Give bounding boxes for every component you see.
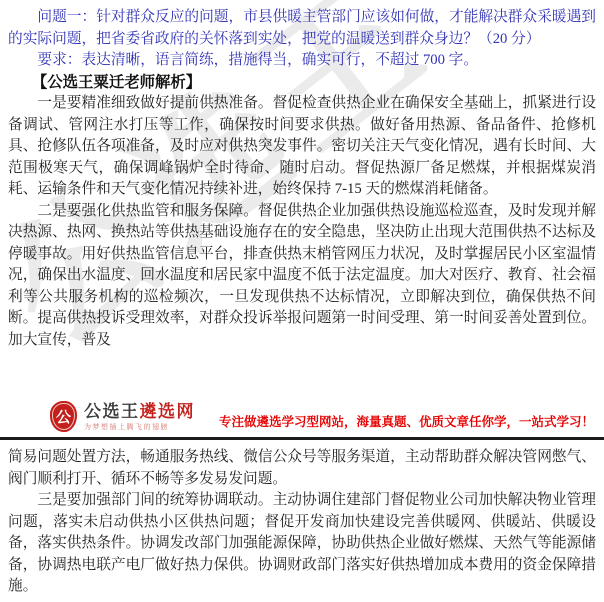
brand-name: 公选王遴选网 bbox=[84, 402, 195, 421]
page-break-gap bbox=[0, 351, 604, 398]
site-slogan: 专注做遴选学习型网站，海量真题、优质文章任你学，一站式学习！ bbox=[219, 412, 594, 432]
paragraph-two: 二是要强化供热监管和服务保障。督促供热企业加强供热设施巡检巡查，及时发现并解决热… bbox=[8, 201, 596, 352]
analysis-title: 【公选王粟迁老师解析】 bbox=[8, 72, 596, 94]
gongxuanwang-logo-icon: 公 bbox=[50, 401, 77, 432]
site-header: 公 公选王遴选网 为梦想插上腾飞的翅膀 专注做遴选学习型网站，海量真题、优质文章… bbox=[0, 398, 604, 440]
document-body-page1: 问题一：针对群众反应的问题，市县供暖主管部门应该如何做，才能解决群众采暖遇到的实… bbox=[0, 0, 604, 351]
paragraph-one: 一是要精准细致做好提前供热准备。督促检查供热企业在确保安全基础上，抓紧进行设备调… bbox=[8, 93, 596, 201]
document-page: 公选王 问题一：针对群众反应的问题，市县供暖主管部门应该如何做，才能解决群众采暖… bbox=[0, 0, 604, 602]
brand-name-dark: 公选王 bbox=[84, 402, 140, 421]
logo-glyph: 公 bbox=[56, 406, 71, 427]
brand-tagline: 为梦想插上腾飞的翅膀 bbox=[84, 423, 195, 431]
brand-text-block: 公选王遴选网 为梦想插上腾飞的翅膀 bbox=[84, 402, 195, 431]
continuation-paragraph: 简易问题处置方法，畅通服务热线、微信公众号等服务渠道，主动帮助群众解决管网憋气、… bbox=[8, 447, 596, 490]
paragraph-three: 三是要加强部门间的统筹协调联动。主动协调住建部门督促物业公司加快解决物业管理问题… bbox=[8, 490, 596, 598]
question-text: 问题一：针对群众反应的问题，市县供暖主管部门应该如何做，才能解决群众采暖遇到的实… bbox=[8, 7, 596, 50]
brand-block: 公 公选王遴选网 为梦想插上腾飞的翅膀 bbox=[50, 401, 195, 432]
brand-name-red: 遴选网 bbox=[140, 402, 196, 421]
document-body-page2: 简易问题处置方法，畅通服务热线、微信公众号等服务渠道，主动帮助群众解决管网憋气、… bbox=[0, 440, 604, 598]
requirement-text: 要求：表达清晰，语言简练，措施得当，确实可行，不超过 700 字。 bbox=[8, 50, 596, 72]
